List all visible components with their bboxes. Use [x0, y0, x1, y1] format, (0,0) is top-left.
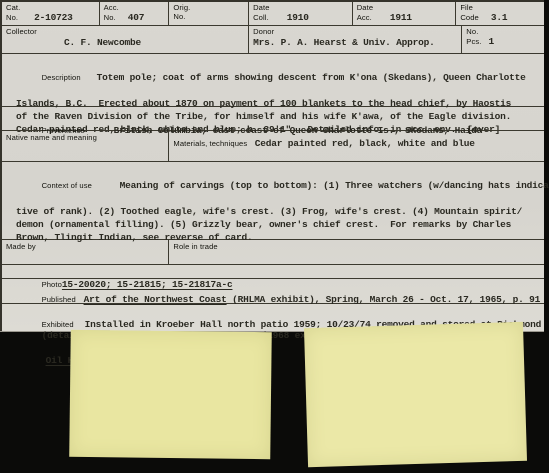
date-acc-label-line1: Date: [357, 3, 456, 12]
acc-label-line1: Acc.: [104, 3, 169, 12]
blank-note-card-left: [69, 330, 272, 459]
collector-value: C. F. Newcombe: [64, 37, 248, 48]
context-line-3: demon (ornamental filling). (5) Grizzly …: [2, 218, 544, 231]
cat-no-value: 2-10723: [34, 12, 73, 23]
file-code-label-line2: Code: [460, 13, 479, 22]
no-pcs-cell: No. Pcs. 1: [462, 26, 544, 53]
orig-no-cell: Orig. No.: [169, 2, 249, 25]
date-coll-value: 1910: [287, 12, 309, 23]
orig-label-line1: Orig.: [173, 3, 248, 12]
collector-cell: Collector C. F. Newcombe: [2, 26, 249, 53]
date-acc-cell: Date Acc. 1911: [353, 2, 457, 25]
native-name-label: Native name and meaning: [6, 133, 168, 142]
orig-label-line2: No.: [173, 12, 185, 21]
native-materials-row: Native name and meaning Materials, techn…: [2, 131, 544, 162]
role-in-trade-label: Role in trade: [173, 242, 544, 251]
made-by-cell: Made by: [2, 240, 169, 264]
materials-value: Cedar painted red, black, white and blue: [255, 138, 475, 149]
cat-no-cell: Cat. No. 2-10723: [2, 2, 100, 25]
context-line-2: tive of rank). (2) Toothed eagle, wife's…: [2, 205, 544, 218]
date-acc-value: 1911: [390, 12, 412, 23]
no-pcs-label-line2: Pcs.: [466, 37, 481, 46]
file-code-label-line1: File: [460, 3, 544, 12]
acc-no-value: 407: [128, 12, 145, 23]
collector-row: Collector C. F. Newcombe Donor Mrs. P. A…: [2, 26, 544, 54]
header-row: Cat. No. 2-10723 Acc. No. 407 Orig.: [2, 2, 544, 26]
collector-label: Collector: [6, 27, 248, 36]
role-in-trade-cell: Role in trade: [169, 240, 544, 264]
made-by-label: Made by: [6, 242, 168, 251]
acc-no-cell: Acc. No. 407: [100, 2, 170, 25]
cat-label-line1: Cat.: [6, 3, 99, 12]
context-label: Context of use: [42, 181, 120, 190]
context-of-use-section: Context of useMeaning of carvings (top t…: [2, 162, 544, 240]
published-rest-1: (RHLMA exhibit), Spring, March 26 - Oct.…: [227, 294, 541, 305]
acc-label-line2: No.: [104, 13, 116, 22]
date-coll-cell: Date Coll. 1910: [249, 2, 353, 25]
date-acc-label-line2: Acc.: [357, 13, 372, 22]
photo-section: Photo15-20020; 15-21815; 15-21817a-c: [2, 265, 544, 279]
provenience-section: ProvenienceBritish Columbia, east coast …: [2, 107, 544, 131]
native-name-cell: Native name and meaning: [2, 131, 169, 161]
no-pcs-value: 1: [488, 36, 494, 47]
museum-catalog-card: Cat. No. 2-10723 Acc. No. 407 Orig.: [0, 0, 544, 331]
donor-label: Donor: [253, 27, 461, 36]
materials-cell: Materials, techniques Cedar painted red,…: [169, 131, 544, 161]
photo-background: Cat. No. 2-10723 Acc. No. 407 Orig.: [0, 0, 549, 473]
description-label: Description: [42, 73, 97, 82]
date-coll-label-line1: Date: [253, 3, 352, 12]
published-section: PublishedArt of the Northwest Coast (RHL…: [2, 279, 544, 304]
exhibited-label: Exhibited: [42, 320, 85, 329]
cat-label-line2: No.: [6, 13, 18, 22]
date-coll-label-line2: Coll.: [253, 13, 269, 22]
published-title-1: Art of the Northwest Coast: [84, 294, 227, 305]
donor-cell: Donor Mrs. P. A. Hearst & Univ. Approp.: [249, 26, 462, 53]
blank-note-card-right: [304, 322, 527, 467]
file-code-value: 3.1: [491, 12, 508, 23]
description-section: DescriptionTotem pole; coat of arms show…: [2, 54, 544, 107]
no-pcs-label-line1: No.: [466, 27, 544, 36]
donor-value: Mrs. P. A. Hearst & Univ. Approp.: [253, 37, 461, 48]
madeby-role-row: Made by Role in trade: [2, 240, 544, 265]
description-line-1: Totem pole; coat of arms showing descent…: [97, 72, 526, 83]
file-code-cell: File Code 3.1: [456, 2, 544, 25]
context-line-1: Meaning of carvings (top to bottom): (1)…: [120, 180, 549, 191]
materials-label: Materials, techniques: [173, 139, 247, 148]
published-label: Published: [42, 295, 84, 304]
